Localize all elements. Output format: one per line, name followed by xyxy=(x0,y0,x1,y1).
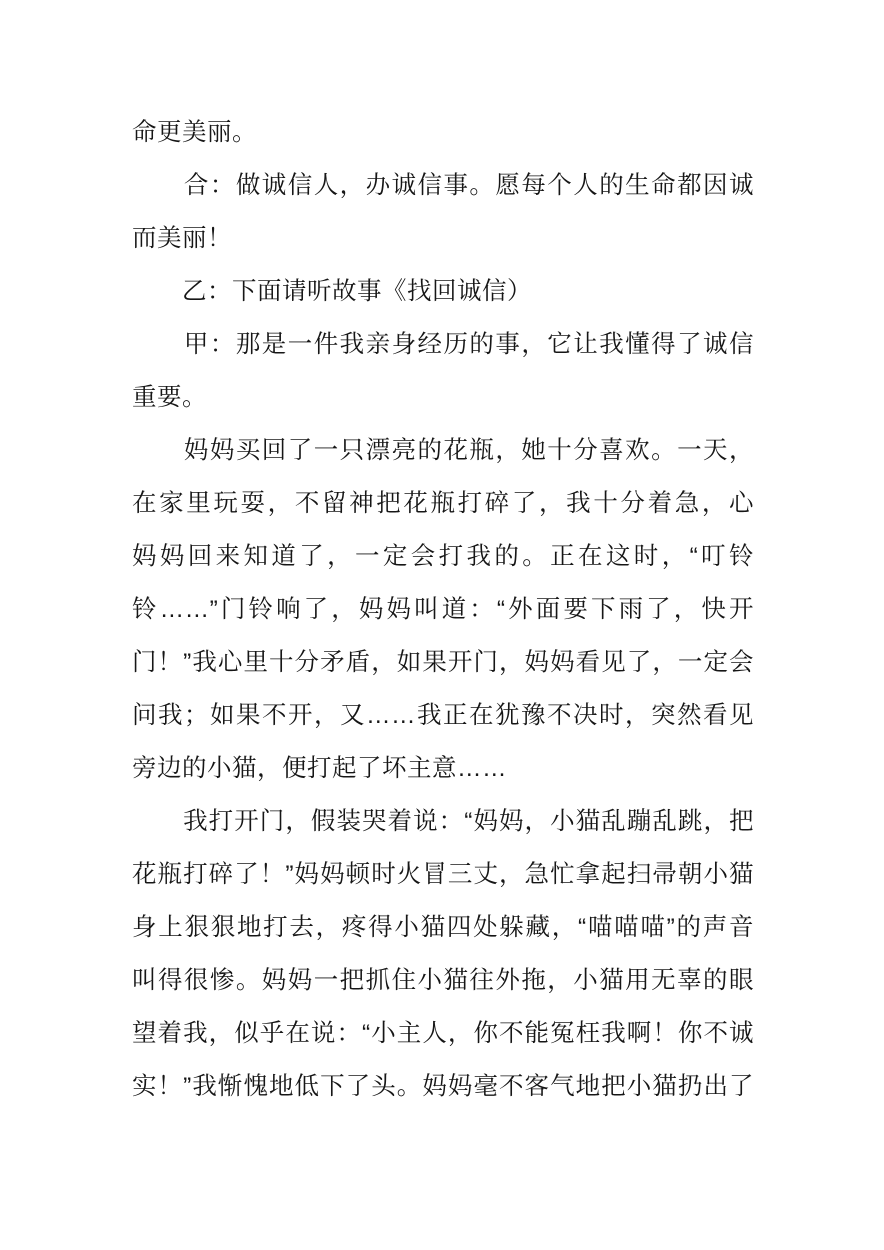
document-page: 命更美丽。 合：做诚信人，办诚信事。愿每个人的生命都因诚信 而美丽！ 乙：下面请… xyxy=(0,0,884,1250)
text-line: 在家里玩耍，不留神把花瓶打碎了，我十分着急，心想： xyxy=(132,477,754,530)
text-line: 命更美丽。 xyxy=(132,106,754,159)
text-line: 而美丽！ xyxy=(132,212,754,265)
text-line: 合：做诚信人，办诚信事。愿每个人的生命都因诚信 xyxy=(132,159,754,212)
text-line: 我打开门，假装哭着说：“妈妈，小猫乱蹦乱跳，把 xyxy=(132,795,754,848)
text-line: 妈妈回来知道了，一定会打我的。正在这时，“叮铃 xyxy=(132,530,754,583)
text-line: 身上狠狠地打去，疼得小猫四处躲藏，“喵喵喵”的声音 xyxy=(132,901,754,954)
text-line: 旁边的小猫，便打起了坏主意…… xyxy=(132,742,754,795)
text-line: 乙：下面请听故事《找回诚信） xyxy=(132,265,754,318)
text-line: 铃……”门铃响了，妈妈叫道：“外面要下雨了，快开 xyxy=(132,583,754,636)
text-line: 问我；如果不开，又……我正在犹豫不决时，突然看见了 xyxy=(132,689,754,742)
text-line: 叫得很惨。妈妈一把抓住小猫往外拖，小猫用无辜的眼神 xyxy=(132,954,754,1007)
text-line: 妈妈买回了一只漂亮的花瓶，她十分喜欢。一天，我 xyxy=(132,424,754,477)
text-line: 重要。 xyxy=(132,371,754,424)
document-body: 命更美丽。 合：做诚信人，办诚信事。愿每个人的生命都因诚信 而美丽！ 乙：下面请… xyxy=(132,106,754,1113)
text-line: 实！”我惭愧地低下了头。妈妈毫不客气地把小猫扔出了 xyxy=(132,1060,754,1113)
text-line: 花瓶打碎了！”妈妈顿时火冒三丈，急忙拿起扫帚朝小猫 xyxy=(132,848,754,901)
text-line: 甲：那是一件我亲身经历的事，它让我懂得了诚信的 xyxy=(132,318,754,371)
text-line: 望着我，似乎在说：“小主人，你不能冤枉我啊！你不诚 xyxy=(132,1007,754,1060)
text-line: 门！”我心里十分矛盾，如果开门，妈妈看见了，一定会 xyxy=(132,636,754,689)
